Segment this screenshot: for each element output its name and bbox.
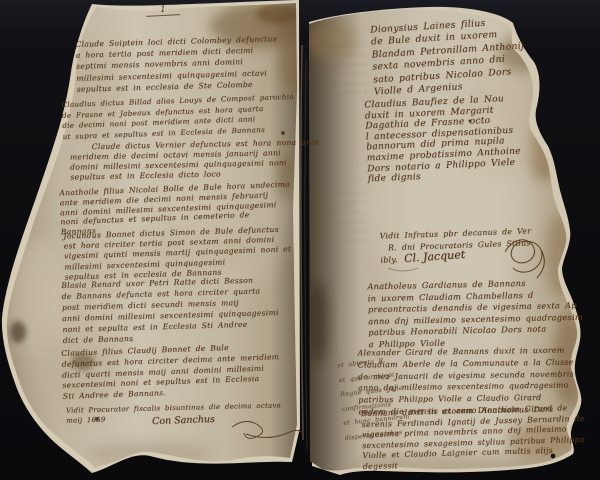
burial-entry: Claude Soiptein loci dicti Colombey defu…	[75, 33, 278, 95]
page-number: 1	[146, 4, 181, 17]
marriage-entry: Dionysius Laines filiusde Bule duxit in …	[370, 16, 527, 99]
burial-entry: Claudius filius Claudij Bonnet de Bulede…	[61, 341, 280, 403]
burial-entry: Blasia Renard uxor Petri Ratte dicti Bes…	[61, 274, 279, 346]
signature: Con Sanchus	[152, 414, 215, 427]
burial-entry: Claude dictus Vernier defunctus est hora…	[70, 137, 320, 182]
manuscript-line: a Philippo Violle	[305, 88, 367, 100]
marriage-entry: Anatholeus Gardianus de Bannansin uxorem…	[367, 277, 583, 351]
manuscript-line: dict de Bannans	[305, 236, 367, 246]
marriage-entry: Claudius Baufiez de la Nouduxit in uxore…	[364, 94, 522, 186]
burial-entry: Claudius dictus Billad alias Louys de Co…	[61, 92, 295, 142]
manuscript-line: anni domini millesimi sexcentesimi quinq…	[305, 218, 367, 228]
margin-note: et obtenta Ret que archiepiRegne quos gu…	[337, 353, 406, 446]
